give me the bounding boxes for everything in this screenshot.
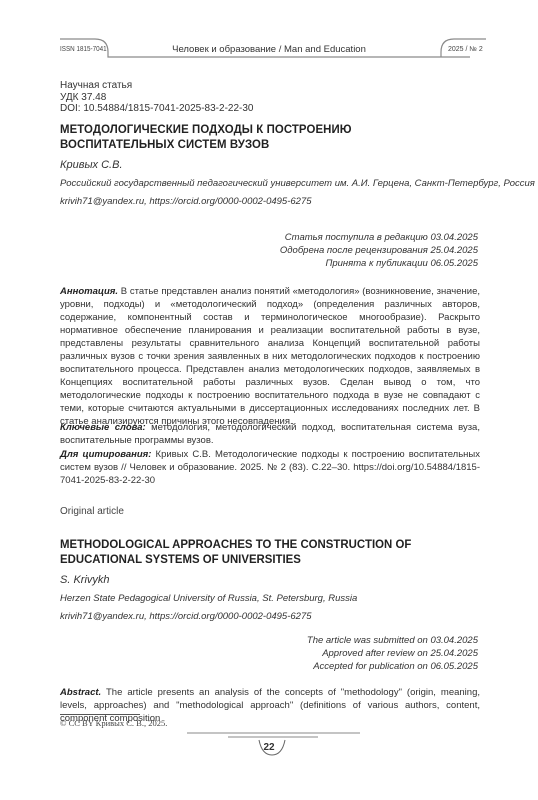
- author-en: S. Krivykh: [60, 574, 110, 586]
- date-submitted: Статья поступила в редакцию 03.04.2025: [280, 231, 478, 244]
- article-meta: Научная статья УДК 37.48 DOI: 10.54884/1…: [60, 80, 253, 115]
- keywords-ru: Ключевые слова: методология, методологич…: [60, 421, 480, 447]
- date-submitted-en: The article was submitted on 03.04.2025: [307, 634, 478, 647]
- abstract-text: В статье представлен анализ понятий «мет…: [60, 286, 480, 427]
- keywords-label: Ключевые слова:: [60, 422, 146, 433]
- dates-ru: Статья поступила в редакцию 03.04.2025 О…: [280, 231, 478, 270]
- abstract-label: Аннотация.: [60, 286, 118, 297]
- page-number: 22: [254, 742, 284, 753]
- date-approved: Одобрена после рецензирования 25.04.2025: [280, 244, 478, 257]
- citation-ru: Для цитирования: Кривых С.В. Методологич…: [60, 448, 480, 487]
- article-title-ru: МЕТОДОЛОГИЧЕСКИЕ ПОДХОДЫ К ПОСТРОЕНИЮ ВО…: [60, 122, 428, 152]
- author-ru: Кривых С.В.: [60, 159, 123, 171]
- abstract-ru: Аннотация. В статье представлен анализ п…: [60, 285, 480, 428]
- dates-en: The article was submitted on 03.04.2025 …: [307, 634, 478, 673]
- citation-label: Для цитирования:: [60, 449, 151, 460]
- affiliation-ru: Российский государственный педагогически…: [60, 178, 535, 189]
- udc: УДК 37.48: [60, 92, 253, 104]
- affiliation-en: Herzen State Pedagogical University of R…: [60, 593, 357, 604]
- issue-number: 2025 / № 2: [448, 46, 483, 53]
- copyright-footnote: © CC BY Кривых С. В., 2025.: [60, 718, 167, 728]
- contacts-ru[interactable]: krivih71@yandex.ru, https://orcid.org/00…: [60, 196, 312, 207]
- date-approved-en: Approved after review on 25.04.2025: [307, 647, 478, 660]
- article-type: Научная статья: [60, 80, 253, 92]
- date-accepted-en: Accepted for publication on 06.05.2025: [307, 660, 478, 673]
- doi[interactable]: DOI: 10.54884/1815-7041-2025-83-2-22-30: [60, 103, 253, 115]
- article-title-en: METHODOLOGICAL APPROACHES TO THE CONSTRU…: [60, 537, 465, 567]
- footnote-divider: [60, 714, 140, 715]
- date-accepted: Принята к публикации 06.05.2025: [280, 257, 478, 270]
- abstract-label-en: Abstract.: [60, 687, 101, 698]
- article-type-en: Original article: [60, 506, 124, 517]
- contacts-en[interactable]: krivih71@yandex.ru, https://orcid.org/00…: [60, 611, 312, 622]
